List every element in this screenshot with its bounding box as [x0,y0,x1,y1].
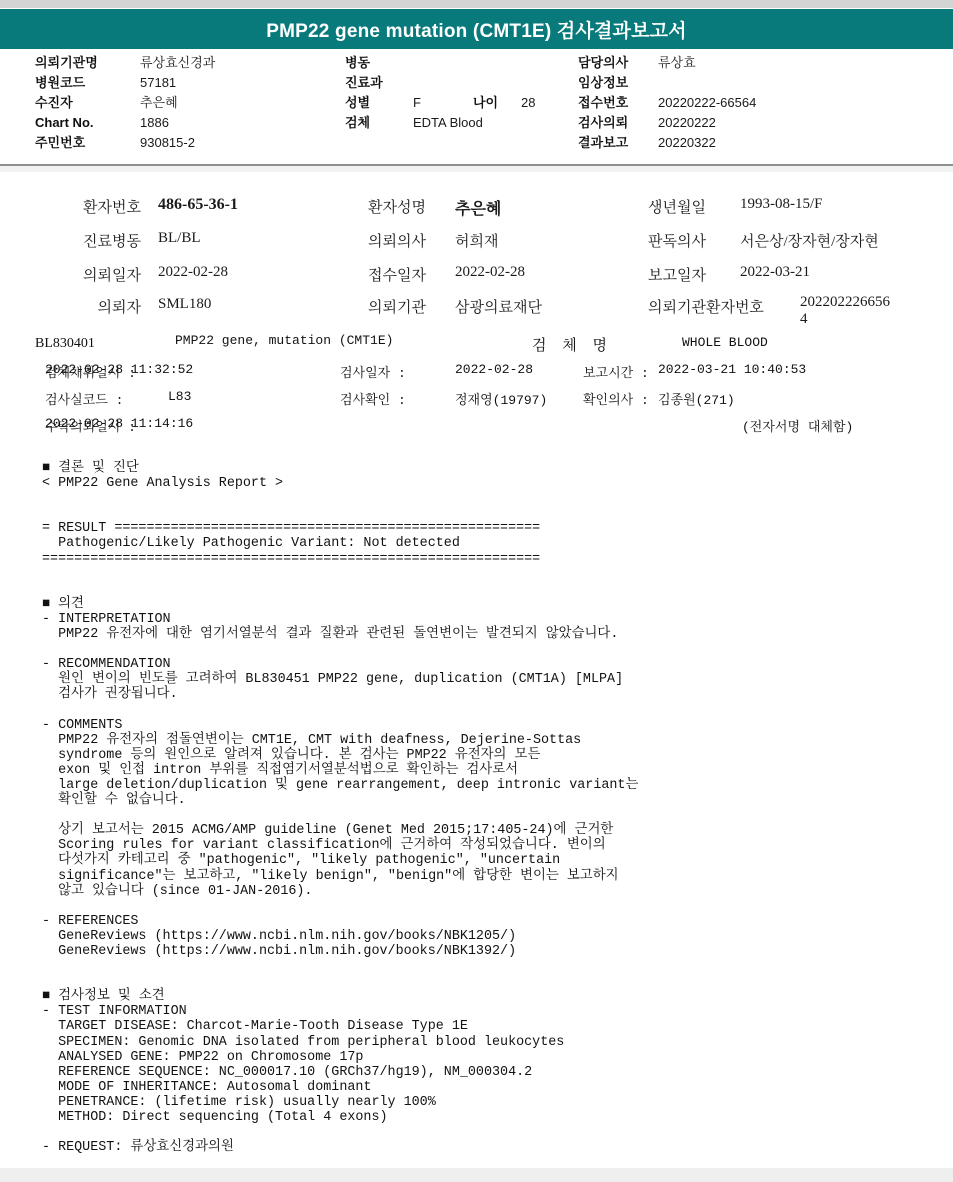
institution-patient-no-value: 2022022266564 [800,294,897,328]
field-label-chart-no: Chart No. [35,113,140,133]
receipt-date-label: 접수일자 [368,264,426,285]
confirming-doctor-value: 김종원(271) [658,389,735,408]
test-header-row: BL830401 PMP22 gene, mutation (CMT1E) 검 … [0,333,953,353]
header-field: 병원코드57181 [35,73,215,93]
field-value-patient: 추은혜 [140,95,178,110]
patient-row-1: 환자번호 486-65-36-1 환자성명 추은혜 생년월일 1993-08-1… [0,196,953,218]
referring-doctor-value: 허희재 [455,230,498,251]
specimen-name-value: WHOLE BLOOD [682,335,768,350]
field-label-requesting-org: 의뢰기관명 [35,53,140,73]
field-label-hospital-code: 병원코드 [35,73,140,93]
field-value-test-request-date: 20220222 [658,115,716,130]
header-right-column: 담당의사류상효 임상정보 접수번호20220222-66564 검사의뢰2022… [578,53,756,153]
requesting-institution-label: 의뢰기관 [368,296,426,317]
reading-doctor-label: 판독의사 [648,230,706,251]
header-field: Chart No.1886 [35,113,215,133]
patient-id-value: 486-65-36-1 [158,196,238,214]
field-label-sex: 성별 [345,93,413,113]
header-field: 검사의뢰20220222 [578,113,756,133]
lab-report-page: PMP22 gene mutation (CMT1E) 검사결과보고서 의뢰기관… [0,0,953,1182]
verified-by-label: 검사확인 : [340,389,406,408]
field-value-result-report-date: 20220322 [658,135,716,150]
field-value-specimen-type: EDTA Blood [413,115,483,130]
patient-row-4: 의뢰자 SML180 의뢰기관 삼광의료재단 의뢰기관환자번호 20220222… [0,296,953,318]
field-label-resident-no: 주민번호 [35,133,140,153]
report-time-label: 보고시간 : [583,362,649,381]
specimen-name-label: 검 체 명 [532,334,613,355]
field-label-clinical-info: 임상정보 [578,73,658,93]
field-value-chart-no: 1886 [140,115,169,130]
requester-label: 의뢰자 [35,296,141,317]
consignment-datetime-value: 2022-02-28 11:14:16 [45,416,193,431]
patient-id-label: 환자번호 [35,196,141,217]
report-date-value: 2022-03-21 [740,264,810,281]
header-field: 병동 [345,53,535,73]
header-middle-column: 병동 진료과 성별F나이28 검체EDTA Blood [345,53,535,133]
test-date-value: 2022-02-28 [455,362,533,377]
requesting-institution-value: 삼광의료재단 [455,296,542,317]
header-field: 결과보고20220322 [578,133,756,153]
window-top-strip [0,0,953,9]
report-time-value: 2022-03-21 10:40:53 [658,362,806,377]
reading-doctor-value: 서은상/장자현/장자현 [740,230,879,251]
field-label-age: 나이 [473,93,521,113]
patient-row-2: 진료병동 BL/BL 의뢰의사 허희재 판독의사 서은상/장자현/장자현 [0,230,953,252]
report-title-bar: PMP22 gene mutation (CMT1E) 검사결과보고서 [0,9,953,49]
lab-code-label: 검사실코드 : [45,389,123,408]
header-field: 수진자추은혜 [35,93,215,113]
requester-value: SML180 [158,296,211,313]
referring-doctor-label: 의뢰의사 [368,230,426,251]
field-label-accession-no: 접수번호 [578,93,658,113]
field-value-accession-no: 20220222-66564 [658,95,756,110]
confirming-doctor-label: 확인의사 : [583,389,649,408]
header-separator-band [0,166,953,172]
report-date-label: 보고일자 [648,264,706,285]
patient-name-label: 환자성명 [368,196,426,217]
test-dates-row: 검체채취일시 : 2022-02-28 11:32:52 검사일자 : 2022… [0,362,953,382]
esign-note: (전자서명 대체함) [742,416,853,435]
patient-name-value: 추은혜 [455,196,501,219]
field-label-department: 진료과 [345,73,413,93]
field-value-requesting-org: 류상효신경과 [140,55,215,70]
patient-row-3: 의뢰일자 2022-02-28 접수일자 2022-02-28 보고일자 202… [0,264,953,286]
birthdate-label: 생년월일 [648,196,706,217]
header-field: 성별F나이28 [345,93,535,113]
field-value-resident-no: 930815-2 [140,135,195,150]
header-field: 접수번호20220222-66564 [578,93,756,113]
test-name: PMP22 gene, mutation (CMT1E) [175,333,393,348]
field-label-ward: 병동 [345,53,413,73]
birthdate-value: 1993-08-15/F [740,196,823,213]
institution-patient-no-label: 의뢰기관환자번호 [648,296,764,317]
verified-by-value: 정재영(19797) [455,389,547,408]
receipt-date-value: 2022-02-28 [455,264,525,281]
report-title: PMP22 gene mutation (CMT1E) 검사결과보고서 [266,16,687,43]
header-field: 임상정보 [578,73,756,93]
field-label-specimen-type: 검체 [345,113,413,133]
header-left-column: 의뢰기관명류상효신경과 병원코드57181 수진자추은혜 Chart No.18… [35,53,215,153]
test-date-label: 검사일자 : [340,362,406,381]
field-label-test-request-date: 검사의뢰 [578,113,658,133]
report-body-text: ■ 결론 및 진단 < PMP22 Gene Analysis Report >… [42,461,638,1155]
field-value-sex: F [413,93,473,113]
field-value-hospital-code: 57181 [140,75,176,90]
care-ward-label: 진료병동 [35,230,141,251]
test-code: BL830401 [35,336,95,352]
field-value-age: 28 [521,95,535,110]
window-bottom-strip [0,1168,953,1182]
field-label-result-report-date: 결과보고 [578,133,658,153]
header-field: 담당의사류상효 [578,53,756,73]
field-label-patient: 수진자 [35,93,140,113]
field-label-attending-doctor: 담당의사 [578,53,658,73]
request-date-label: 의뢰일자 [35,264,141,285]
header-field: 검체EDTA Blood [345,113,535,133]
test-request-row: 수탁의뢰일시 : 2022-02-28 11:14:16 (전자서명 대체함) [0,416,953,436]
request-date-value: 2022-02-28 [158,264,228,281]
header-field: 의뢰기관명류상효신경과 [35,53,215,73]
field-value-attending-doctor: 류상효 [658,55,696,70]
header-field: 진료과 [345,73,535,93]
collection-datetime-value: 2022-02-28 11:32:52 [45,362,193,377]
header-field: 주민번호930815-2 [35,133,215,153]
lab-code-value: L83 [168,389,191,404]
test-verify-row: 검사실코드 : L83 검사확인 : 정재영(19797) 확인의사 : 김종원… [0,389,953,409]
care-ward-value: BL/BL [158,230,201,247]
